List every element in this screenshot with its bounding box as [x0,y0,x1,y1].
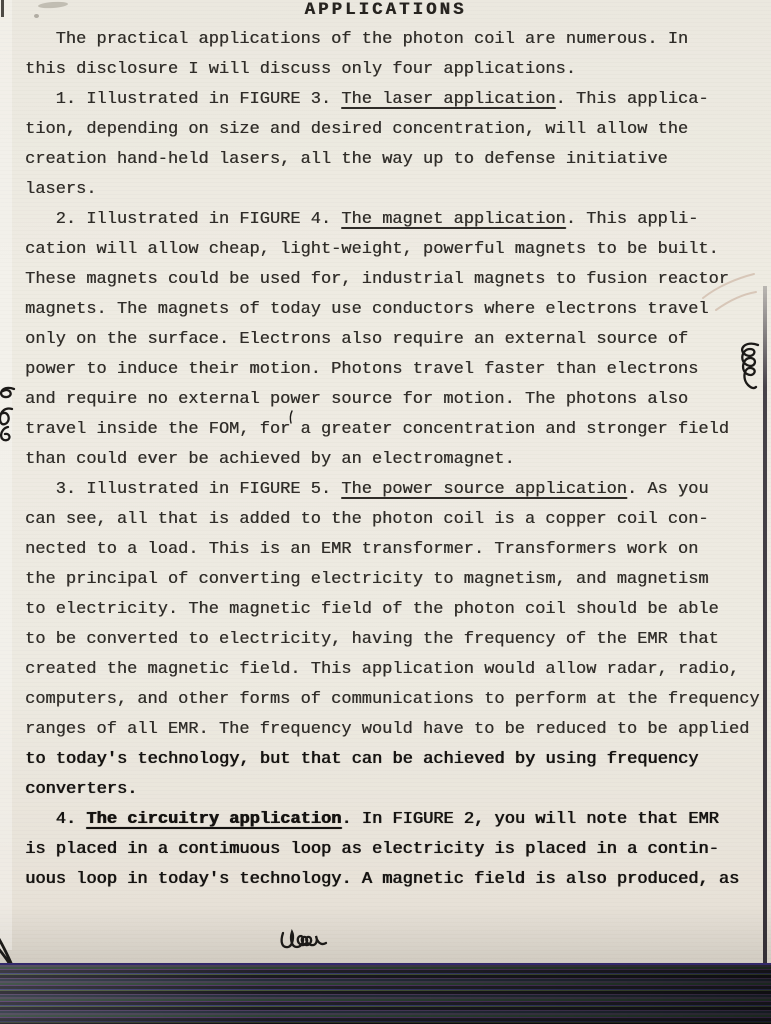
text-segment: 3. Illustrated in FIGURE 5. [25,480,341,499]
text-line: ranges of all EMR. The frequency would h… [25,715,765,745]
text-segment: These magnets could be used for, industr… [25,270,729,289]
scan-right-edge-shadow [763,286,767,963]
text-segment: magnets. The magnets of today use conduc… [25,300,709,319]
bottom-scribble-icon [278,928,330,954]
text-segment: lasers. [25,180,96,199]
text-line: The practical applications of the photon… [25,25,765,55]
text-line: creation hand-held lasers, all the way u… [25,145,765,175]
text-line: power to induce their motion. Photons tr… [25,355,765,385]
scanner-artifact-band [0,963,771,1024]
text-line: 4. The circuitry application. In FIGURE … [25,805,765,835]
text-segment: 1. Illustrated in FIGURE 3. [25,90,341,109]
text-segment: tion, depending on size and desired conc… [25,120,688,139]
text-line: 1. Illustrated in FIGURE 3. The laser ap… [25,85,765,115]
text-segment: . As you [627,480,709,499]
text-segment: . In FIGURE 2, you will note that EMR [341,810,718,829]
text-segment: this disclosure I will discuss only four… [25,60,576,79]
text-segment: computers, and other forms of communicat… [25,690,760,709]
text-segment: uous loop in today's technology. A magne… [25,870,739,889]
text-segment: to electricity. The magnetic field of th… [25,600,719,619]
underlined-text: The magnet application [341,210,565,229]
paper-smudge [34,14,39,18]
text-segment: can see, all that is added to the photon… [25,510,709,529]
text-line: to today's technology, but that can be a… [25,745,765,775]
bottom-left-corner-mark-icon [0,938,13,964]
text-segment: and require no external power source for… [25,390,688,409]
scanned-page: APPLICATIONS The practical applications … [0,0,771,963]
page-title: APPLICATIONS [0,0,771,24]
text-segment: the principal of converting electricity … [25,570,709,589]
text-line: converters. [25,775,765,805]
stray-tick-icon [286,410,296,424]
text-segment: than could ever be achieved by an electr… [25,450,515,469]
text-segment: 4. [25,810,86,829]
text-line: this disclosure I will discuss only four… [25,55,765,85]
text-line: than could ever be achieved by an electr… [25,445,765,475]
text-segment: is placed in a contimuous loop as electr… [25,840,719,859]
text-segment: cation will allow cheap, light-weight, p… [25,240,719,259]
text-line: is placed in a contimuous loop as electr… [25,835,765,865]
text-line: only on the surface. Electrons also requ… [25,325,765,355]
underlined-text: The power source application [341,480,627,499]
text-segment: created the magnetic field. This applica… [25,660,739,679]
text-segment: nected to a load. This is an EMR transfo… [25,540,698,559]
right-margin-scribble-icon [733,340,763,400]
underlined-text: The circuitry application [86,810,341,829]
text-segment: power to induce their motion. Photons tr… [25,360,698,379]
text-segment: to be converted to electricity, having t… [25,630,719,649]
underlined-text: The laser application [341,90,555,109]
text-line: lasers. [25,175,765,205]
text-segment: The practical applications of the photon… [25,30,688,49]
document-body: The practical applications of the photon… [25,25,765,895]
text-line: to be converted to electricity, having t… [25,625,765,655]
text-line: 2. Illustrated in FIGURE 4. The magnet a… [25,205,765,235]
text-line: the principal of converting electricity … [25,565,765,595]
text-line: can see, all that is added to the photon… [25,505,765,535]
faint-pencil-mark-icon [698,268,758,318]
text-segment: 2. Illustrated in FIGURE 4. [25,210,341,229]
text-line: computers, and other forms of communicat… [25,685,765,715]
text-line: cation will allow cheap, light-weight, p… [25,235,765,265]
text-line: magnets. The magnets of today use conduc… [25,295,765,325]
text-segment: only on the surface. Electrons also requ… [25,330,688,349]
text-line: tion, depending on size and desired conc… [25,115,765,145]
text-segment: ranges of all EMR. The frequency would h… [25,720,749,739]
left-edge-scribble-icon [0,383,18,447]
scan-left-edge-line [1,0,4,17]
text-line: These magnets could be used for, industr… [25,265,765,295]
text-segment: . This applica- [556,90,709,109]
text-line: travel inside the FOM, for a greater con… [25,415,765,445]
text-segment: . This appli- [566,210,699,229]
text-segment: converters. [25,780,137,799]
text-line: uous loop in today's technology. A magne… [25,865,765,895]
text-line: created the magnetic field. This applica… [25,655,765,685]
text-line: and require no external power source for… [25,385,765,415]
text-segment: to today's technology, but that can be a… [25,750,698,769]
text-line: 3. Illustrated in FIGURE 5. The power so… [25,475,765,505]
text-segment: travel inside the FOM, for a greater con… [25,420,729,439]
scan-left-edge-highlight [0,0,12,950]
text-segment: creation hand-held lasers, all the way u… [25,150,668,169]
text-line: nected to a load. This is an EMR transfo… [25,535,765,565]
text-line: to electricity. The magnetic field of th… [25,595,765,625]
